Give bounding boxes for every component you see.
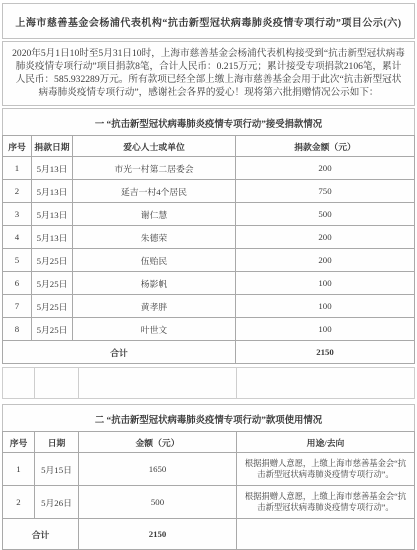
cell-no: 4 (3, 226, 32, 249)
header-donation-date: 捐款日期 (32, 136, 73, 157)
empty-row (3, 368, 415, 399)
cell-no: 6 (3, 272, 32, 295)
cell-usage: 根据捐赠人意愿，上缴上海市慈善基金会“抗击新型冠状病毒肺炎疫情专项行动”。 (237, 453, 415, 486)
table-header-row: 序号 捐款日期 爱心人士或单位 捐款金额（元） (3, 136, 415, 157)
table-row: 5 5月25日 伍贻民 200 (3, 249, 415, 272)
cell-date: 5月25日 (32, 272, 73, 295)
cell-donor: 黄孝胖 (73, 295, 236, 318)
table-row: 1 5月13日 市光一村第二居委会 200 (3, 157, 415, 180)
header-donor: 爱心人士或单位 (73, 136, 236, 157)
total-label: 合计 (3, 519, 79, 550)
cell-no: 3 (3, 203, 32, 226)
cell-no: 1 (3, 157, 32, 180)
document-page: 上海市慈善基金会杨浦代表机构“抗击新型冠状病毒肺炎疫情专项行动”项目公示(六) … (2, 3, 415, 550)
cell-amount: 100 (236, 272, 415, 295)
table-row: 2 5月13日 延吉一村4个居民 750 (3, 180, 415, 203)
cell-date: 5月25日 (32, 295, 73, 318)
cell-date: 5月25日 (32, 318, 73, 341)
cell-usage: 根据捐赠人意愿，上缴上海市慈善基金会“抗击新型冠状病毒肺炎疫情专项行动”。 (237, 486, 415, 519)
cell-donor: 延吉一村4个居民 (73, 180, 236, 203)
cell-date: 5月15日 (35, 453, 79, 486)
cell-no: 2 (3, 180, 32, 203)
header-amount: 金额（元） (79, 432, 237, 453)
cell-date: 5月13日 (32, 226, 73, 249)
donations-table: 序号 捐款日期 爱心人士或单位 捐款金额（元） 1 5月13日 市光一村第二居委… (2, 135, 415, 364)
table-row: 7 5月25日 黄孝胖 100 (3, 295, 415, 318)
empty-spacer-row (2, 367, 415, 399)
table-header-row: 序号 日期 金额（元） 用途/去向 (3, 432, 415, 453)
header-no: 序号 (3, 432, 35, 453)
cell-date: 5月13日 (32, 157, 73, 180)
empty-cell (35, 368, 79, 399)
cell-donor: 伍贻民 (73, 249, 236, 272)
table-row: 4 5月13日 朱德荣 200 (3, 226, 415, 249)
cell-amount: 1650 (79, 453, 237, 486)
cell-amount: 200 (236, 226, 415, 249)
donations-table-body: 1 5月13日 市光一村第二居委会 200 2 5月13日 延吉一村4个居民 7… (3, 157, 415, 364)
cell-date: 5月13日 (32, 180, 73, 203)
empty-cell (3, 368, 35, 399)
total-amount: 2150 (236, 341, 415, 364)
usage-table-body: 1 5月15日 1650 根据捐赠人意愿，上缴上海市慈善基金会“抗击新型冠状病毒… (3, 453, 415, 550)
table-row: 1 5月15日 1650 根据捐赠人意愿，上缴上海市慈善基金会“抗击新型冠状病毒… (3, 453, 415, 486)
usage-total-row: 合计 2150 (3, 519, 415, 550)
section2-heading: 二 “抗击新型冠状病毒肺炎疫情专项行动”款项使用情况 (2, 404, 415, 431)
cell-amount: 100 (236, 318, 415, 341)
cell-no: 2 (3, 486, 35, 519)
cell-amount: 500 (79, 486, 237, 519)
cell-amount: 200 (236, 249, 415, 272)
cell-amount: 200 (236, 157, 415, 180)
cell-donor: 杨影帆 (73, 272, 236, 295)
empty-cell (79, 368, 237, 399)
cell-donor: 市光一村第二居委会 (73, 157, 236, 180)
cell-amount: 100 (236, 295, 415, 318)
header-usage: 用途/去向 (237, 432, 415, 453)
cell-no: 8 (3, 318, 32, 341)
cell-donor: 叶世文 (73, 318, 236, 341)
donations-table-header: 序号 捐款日期 爱心人士或单位 捐款金额（元） (3, 136, 415, 157)
header-no: 序号 (3, 136, 32, 157)
table-row: 2 5月26日 500 根据捐赠人意愿，上缴上海市慈善基金会“抗击新型冠状病毒肺… (3, 486, 415, 519)
header-donation-amount: 捐款金额（元） (236, 136, 415, 157)
usage-table: 序号 日期 金额（元） 用途/去向 1 5月15日 1650 根据捐赠人意愿，上… (2, 431, 415, 550)
intro-paragraph: 2020年5月1日10时至5月31日10时，上海市慈善基金会杨浦代表机构接受到“… (2, 41, 415, 106)
cell-donor: 谢仁慧 (73, 203, 236, 226)
usage-table-header: 序号 日期 金额（元） 用途/去向 (3, 432, 415, 453)
page-title: 上海市慈善基金会杨浦代表机构“抗击新型冠状病毒肺炎疫情专项行动”项目公示(六) (2, 3, 415, 39)
cell-amount: 500 (236, 203, 415, 226)
donations-total-row: 合计 2150 (3, 341, 415, 364)
cell-date: 5月25日 (32, 249, 73, 272)
table-row: 8 5月25日 叶世文 100 (3, 318, 415, 341)
header-date: 日期 (35, 432, 79, 453)
cell-amount: 750 (236, 180, 415, 203)
cell-no: 7 (3, 295, 32, 318)
cell-no: 5 (3, 249, 32, 272)
table-row: 6 5月25日 杨影帆 100 (3, 272, 415, 295)
table-row: 3 5月13日 谢仁慧 500 (3, 203, 415, 226)
section1-heading: 一 “抗击新型冠状病毒肺炎疫情专项行动”接受捐款情况 (2, 108, 415, 135)
cell-date: 5月13日 (32, 203, 73, 226)
empty-cell (237, 368, 415, 399)
cell-no: 1 (3, 453, 35, 486)
total-label: 合计 (3, 341, 236, 364)
cell-date: 5月26日 (35, 486, 79, 519)
empty-cell (237, 519, 415, 550)
cell-donor: 朱德荣 (73, 226, 236, 249)
total-amount: 2150 (79, 519, 237, 550)
